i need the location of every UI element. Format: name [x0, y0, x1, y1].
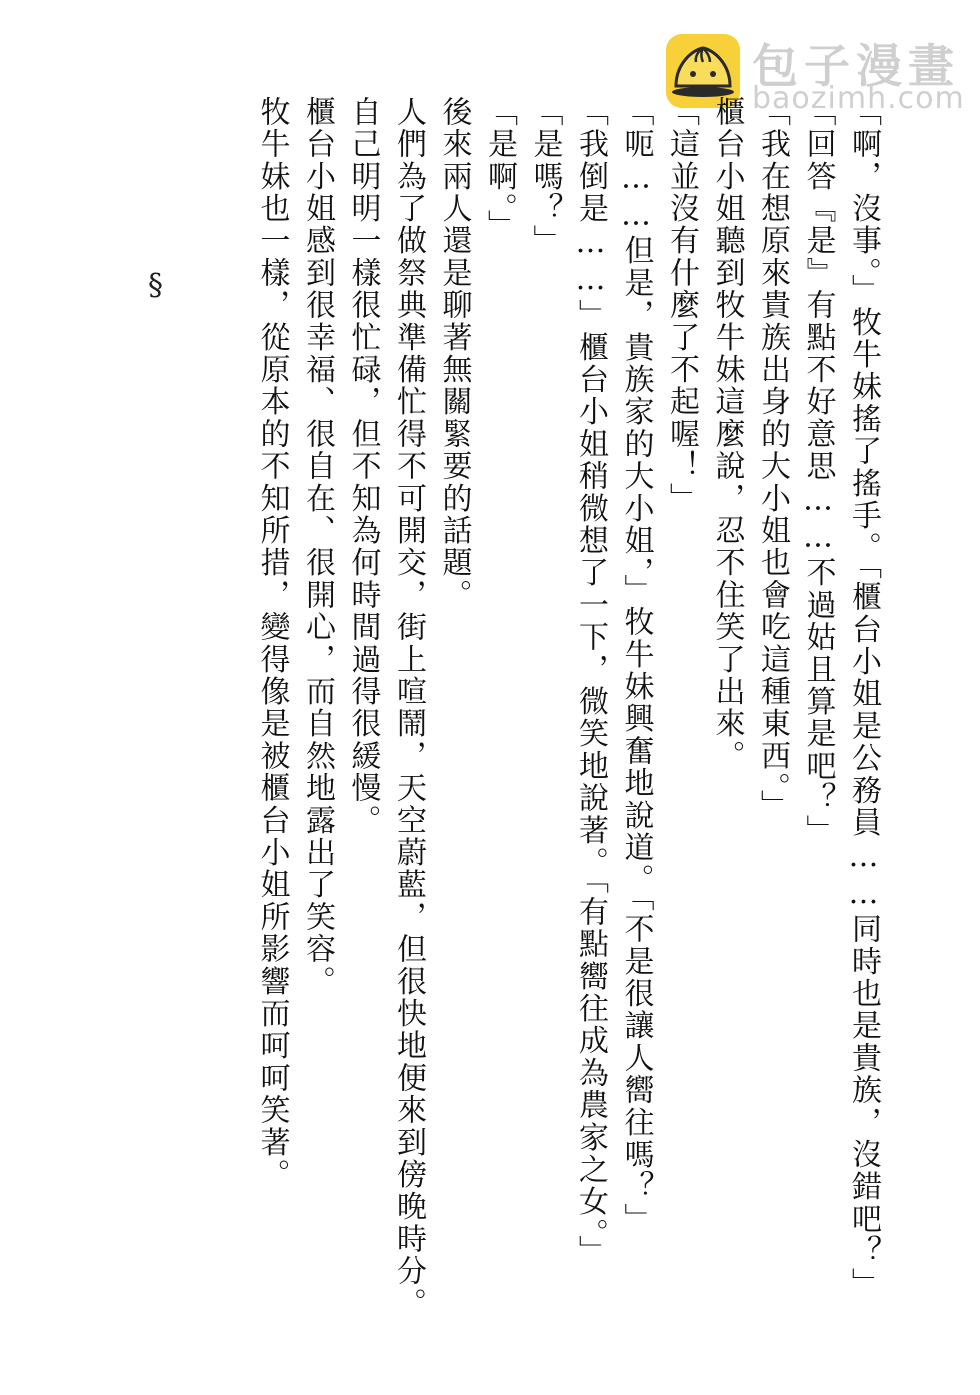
text-line: 「回答『是』有點不好意思……不過姑且算是吧？」 [795, 96, 841, 1336]
text-line: 人們為了做祭典準備忙得不可開交，街上喧鬧，天空蔚藍，但很快地便來到傍晚時分。 [386, 96, 432, 1336]
text-line: 「呃……但是，貴族家的大小姐，」牧牛妹興奮地說道。「不是很讓人嚮往嗎？」 [613, 96, 659, 1336]
text-line: 「我倒是……」櫃台小姐稍微想了一下，微笑地說著。「有點嚮往成為農家之女。」 [568, 96, 614, 1336]
text-line: 「是啊。」 [477, 96, 523, 1336]
text-line: 櫃台小姐感到很幸福、很自在、很開心，而自然地露出了笑容。 [295, 96, 341, 1336]
section-break-mark: § [148, 268, 163, 303]
book-page: 包子漫畫 baozimh.com 「啊，沒事。」牧牛妹搖了搖手。「櫃台小姐是公務… [0, 0, 980, 1395]
text-line: 「我在想原來貴族出身的大小姐也會吃這種東西。」 [750, 96, 796, 1336]
text-line: 櫃台小姐聽到牧牛妹這麼說，忍不住笑了出來。 [704, 96, 750, 1336]
text-line: 後來兩人還是聊著無關緊要的話題。 [431, 96, 477, 1336]
text-line: 「是嗎？」 [522, 96, 568, 1336]
text-line: 自己明明一樣很忙碌，但不知為何時間過得很緩慢。 [340, 96, 386, 1336]
text-line: 「啊，沒事。」牧牛妹搖了搖手。「櫃台小姐是公務員……同時也是貴族，沒錯吧？」 [841, 96, 887, 1336]
vertical-text-body: 「啊，沒事。」牧牛妹搖了搖手。「櫃台小姐是公務員……同時也是貴族，沒錯吧？」 「… [249, 96, 886, 1336]
text-line: 牧牛妹也一樣，從原本的不知所措，變得像是被櫃台小姐所影響而呵呵笑著。 [249, 96, 295, 1336]
text-line: 「這並沒有什麼了不起喔！」 [659, 96, 705, 1336]
